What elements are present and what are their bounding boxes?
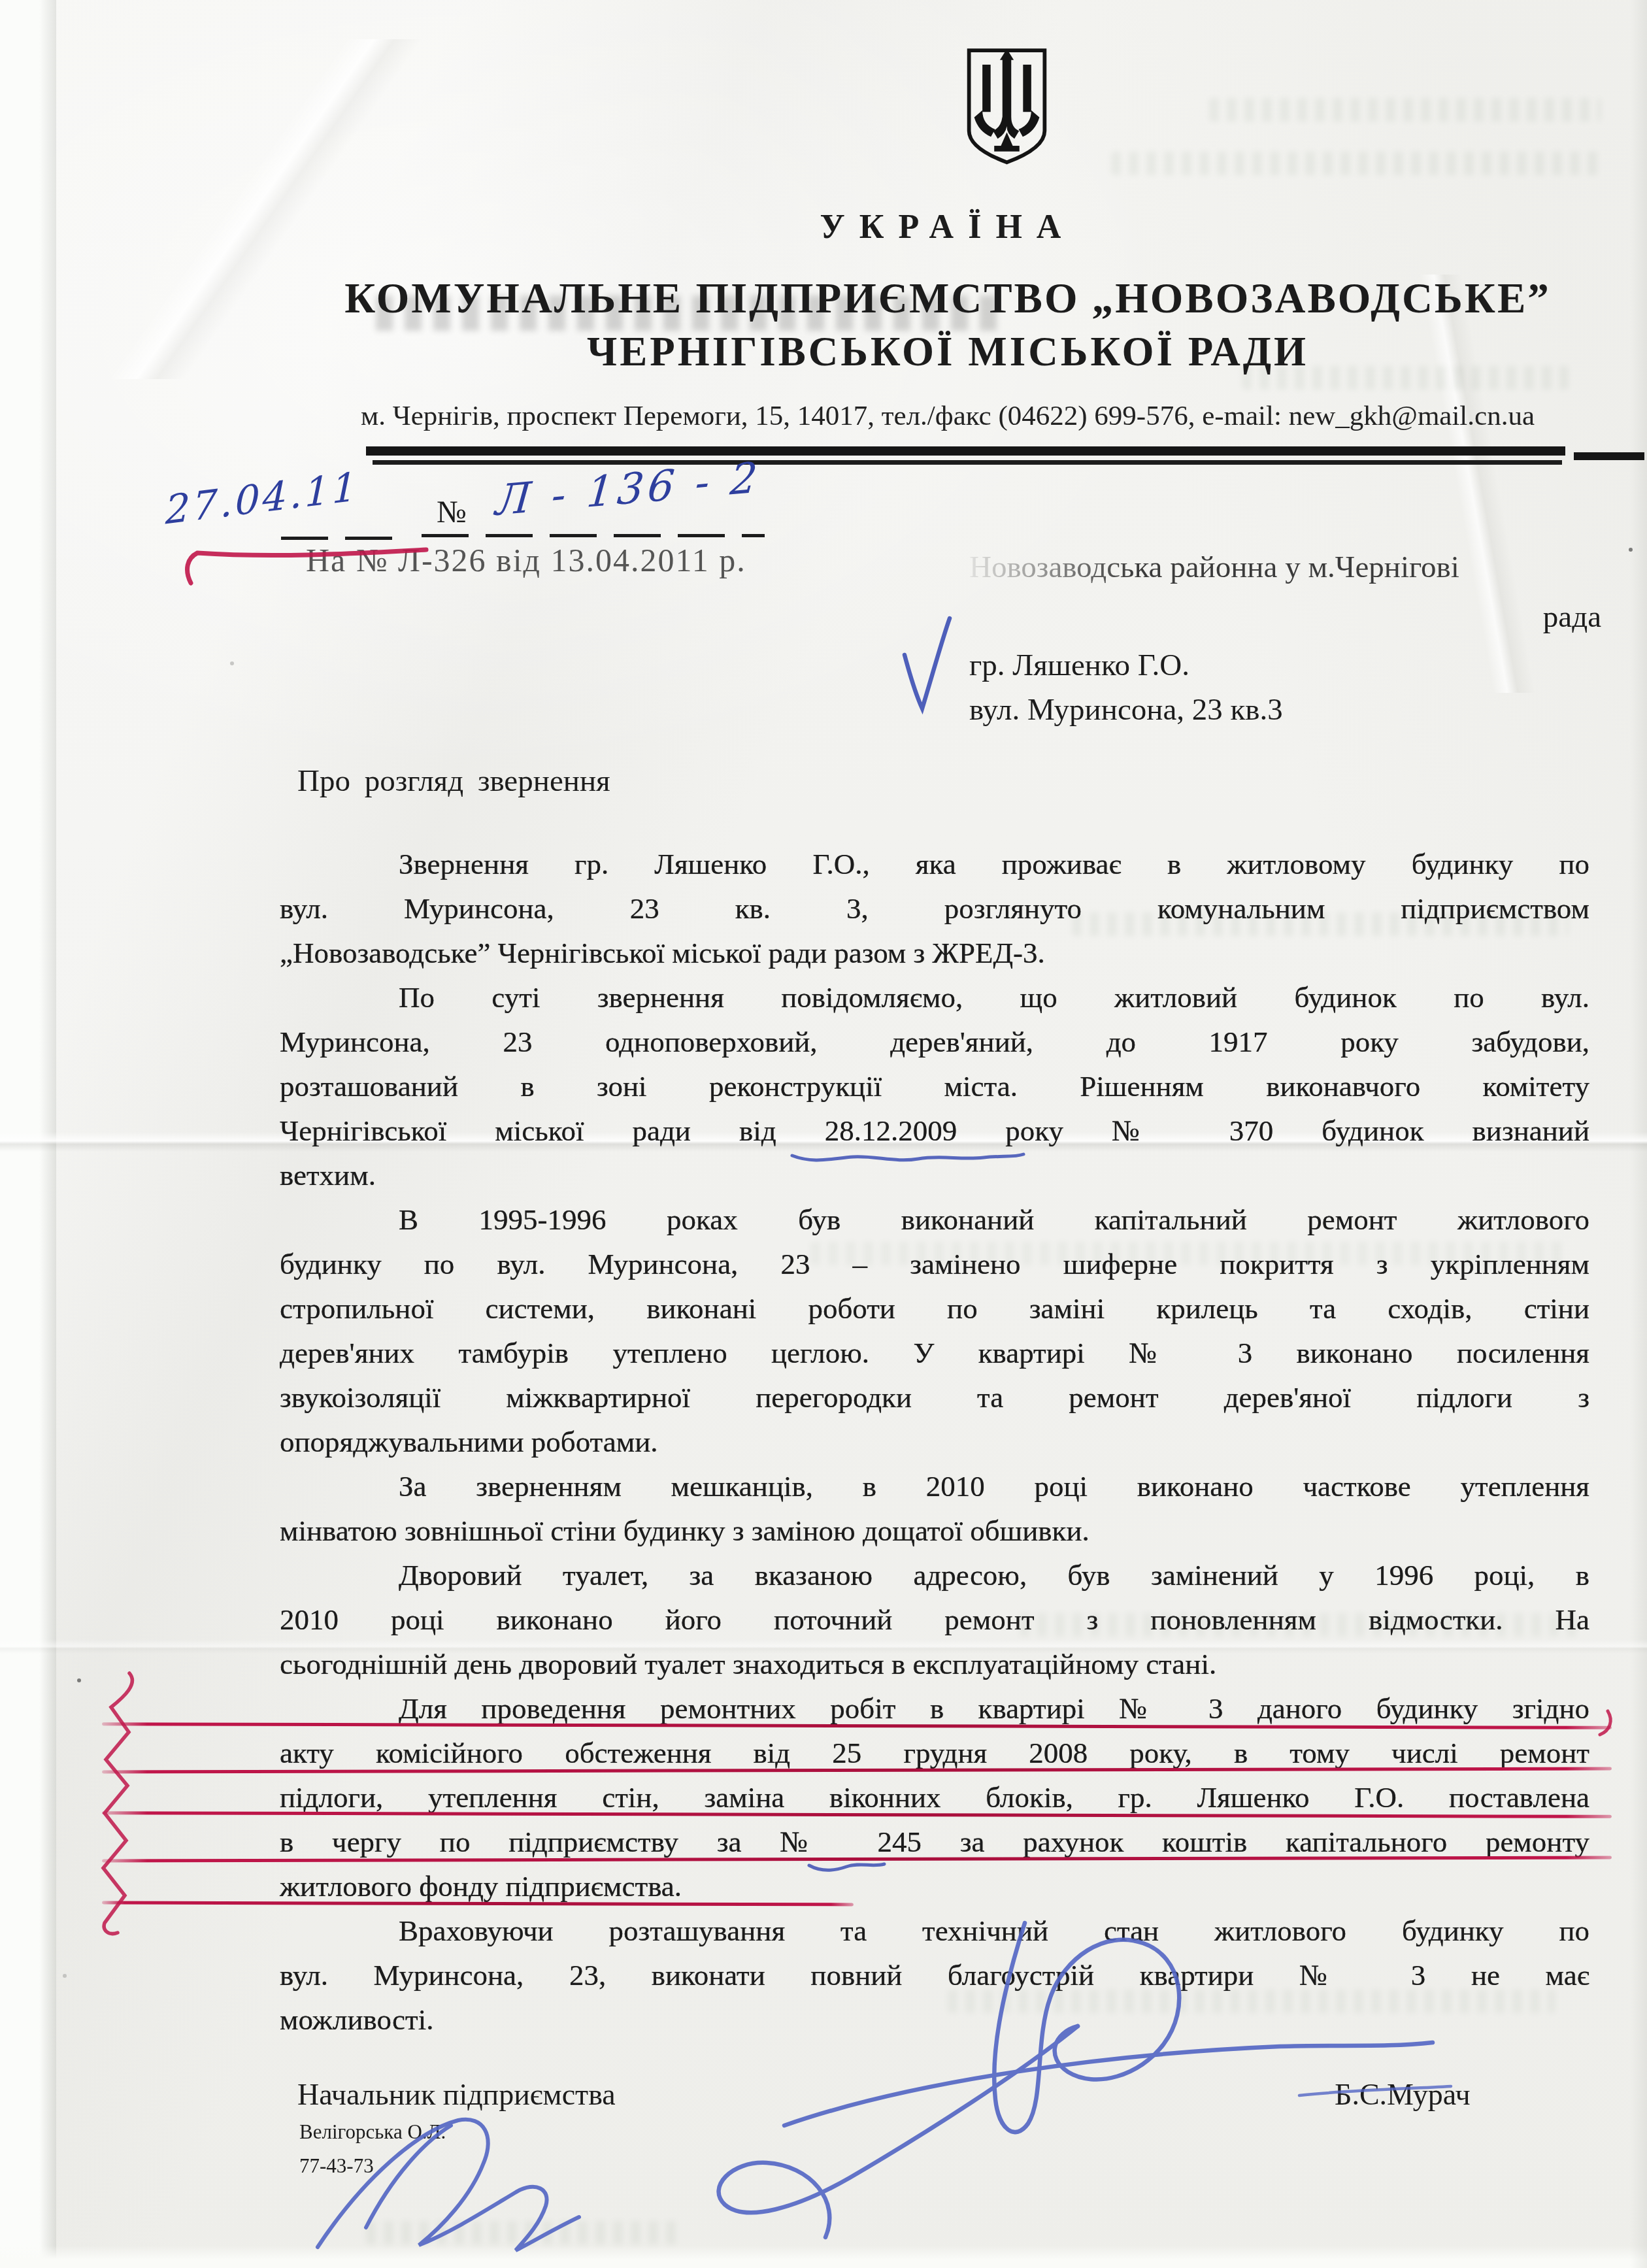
- letter-subject: Про розгляд звернення: [297, 763, 610, 799]
- body-line: будинку по вул. Муринсона, 23 – замінено…: [280, 1242, 1589, 1286]
- in-reply-to-line: На № Л-326 від 13.04.2011 р.: [306, 541, 746, 579]
- bleedthrough-smudge: [1111, 152, 1601, 175]
- body-line: Для проведення ремонтних робіт в квартир…: [280, 1686, 1589, 1731]
- body-line: мінватою зовнішньої стіни будинку з замі…: [280, 1509, 1589, 1553]
- paragraph: По суті звернення повідомляємо, що житло…: [280, 975, 1589, 1197]
- recipient-person: гр. Ляшенко Г.О.: [969, 644, 1601, 686]
- body-line: Чернігівської міської ради від 28.12.200…: [280, 1109, 1589, 1153]
- body-line: „Новозаводське” Чернігівської міської ра…: [280, 931, 1589, 975]
- body-line: в чергу по підприємству за № 245 за раху…: [280, 1820, 1589, 1864]
- recipient-organization: Новозаводська районна у м.Чернігові: [969, 546, 1601, 588]
- executor-name: Велігорська О.Л.: [299, 2120, 446, 2144]
- paragraph: Звернення гр. Ляшенко Г.О., яка проживає…: [280, 842, 1589, 975]
- bleedthrough-smudge: [366, 2221, 680, 2244]
- country-name: УКРАЇНА: [242, 208, 1647, 246]
- body-line: вул. Муринсона, 23 кв. 3, розглянуто ком…: [280, 886, 1589, 931]
- scan-speck: [1629, 548, 1633, 552]
- letterhead-rule-segment: [1574, 452, 1644, 460]
- body-line: Муринсона, 23 одноповерховий, дерев'яний…: [280, 1020, 1589, 1064]
- body-line: можливості.: [280, 1997, 1589, 2042]
- organization-name-line2: ЧЕРНІГІВСЬКОЇ МІСЬКОЇ РАДИ: [242, 328, 1647, 376]
- body-line: сьогоднішній день дворовий туалет знаход…: [280, 1642, 1589, 1686]
- letterhead-rule: [366, 446, 1565, 456]
- recipient-address: вул. Муринсона, 23 кв.3: [969, 689, 1601, 731]
- date-underline-dashes: [281, 537, 402, 540]
- paragraph-red-underlined: Для проведення ремонтних робіт в квартир…: [280, 1686, 1589, 1909]
- body-line: ветхим.: [280, 1153, 1589, 1197]
- paragraph: Враховуючи розташування та технічний ста…: [280, 1909, 1589, 2042]
- body-line: 2010 році виконано його поточний ремонт …: [280, 1597, 1589, 1642]
- organization-address: м. Чернігів, проспект Перемоги, 15, 1401…: [242, 400, 1647, 432]
- scan-speck: [63, 1974, 67, 1978]
- recipient-organization-cont: рада: [969, 596, 1601, 638]
- body-line: стропильної системи, виконані роботи по …: [280, 1286, 1589, 1331]
- number-sign-label: №: [437, 494, 467, 530]
- paragraph: За зверненням мешканців, в 2010 році вик…: [280, 1464, 1589, 1553]
- body-line: Дворовий туалет, за вказаною адресою, бу…: [280, 1553, 1589, 1597]
- body-line: дерев'яних тамбурів утеплено цеглою. У к…: [280, 1331, 1589, 1375]
- executor-phone: 77-43-73: [299, 2154, 374, 2178]
- organization-name-line1: КОМУНАЛЬНЕ ПІДПРИЄМСТВО „НОВОЗАВОДСЬКЕ”: [242, 275, 1647, 324]
- scan-speck: [77, 1678, 81, 1682]
- letterhead-rule-thin: [373, 460, 1562, 465]
- body-line: Звернення гр. Ляшенко Г.О., яка проживає…: [280, 842, 1589, 886]
- bleedthrough-smudge: [1209, 98, 1601, 122]
- signer-position: Начальник підприємства: [297, 2077, 616, 2112]
- body-line: акту комісійного обстеження від 25 грудн…: [280, 1731, 1589, 1775]
- body-line: підлоги, утеплення стін, заміна віконних…: [280, 1775, 1589, 1820]
- body-line: За зверненням мешканців, в 2010 році вик…: [280, 1464, 1589, 1509]
- body-line: В 1995-1996 роках був виконаний капіталь…: [280, 1197, 1589, 1242]
- handwritten-date: 27.04.11: [165, 463, 359, 533]
- number-underline-dashes: [422, 534, 765, 537]
- scan-edge-bottom: [0, 2246, 1647, 2268]
- scanned-letter-page: УКРАЇНА КОМУНАЛЬНЕ ПІДПРИЄМСТВО „НОВОЗАВ…: [0, 0, 1647, 2268]
- body-line: житлового фонду підприємства.: [280, 1864, 1589, 1909]
- body-line: По суті звернення повідомляємо, що житло…: [280, 975, 1589, 1020]
- body-line: опоряджувальними роботами.: [280, 1420, 1589, 1464]
- recipient-block: Новозаводська районна у м.Чернігові рада…: [969, 546, 1601, 731]
- body-line: звукоізоляції міжквартирної перегородки …: [280, 1375, 1589, 1420]
- signer-name: Б.С.Мурач: [1335, 2077, 1471, 2112]
- letter-body: Звернення гр. Ляшенко Г.О., яка проживає…: [280, 842, 1589, 2042]
- red-underline-hook: [1600, 1711, 1610, 1735]
- blue-checkmark: [905, 618, 950, 709]
- body-line: розташований в зоні реконструкції міста.…: [280, 1064, 1589, 1109]
- ukraine-trident-emblem-icon: [959, 46, 1054, 172]
- paragraph: В 1995-1996 роках був виконаний капіталь…: [280, 1197, 1589, 1464]
- body-line: вул. Муринсона, 23, виконати повний благ…: [280, 1953, 1589, 1997]
- red-margin-zigzag: [103, 1673, 132, 1934]
- body-line: Враховуючи розташування та технічний ста…: [280, 1909, 1589, 1953]
- scan-speck: [230, 661, 234, 665]
- paragraph: Дворовий туалет, за вказаною адресою, бу…: [280, 1553, 1589, 1686]
